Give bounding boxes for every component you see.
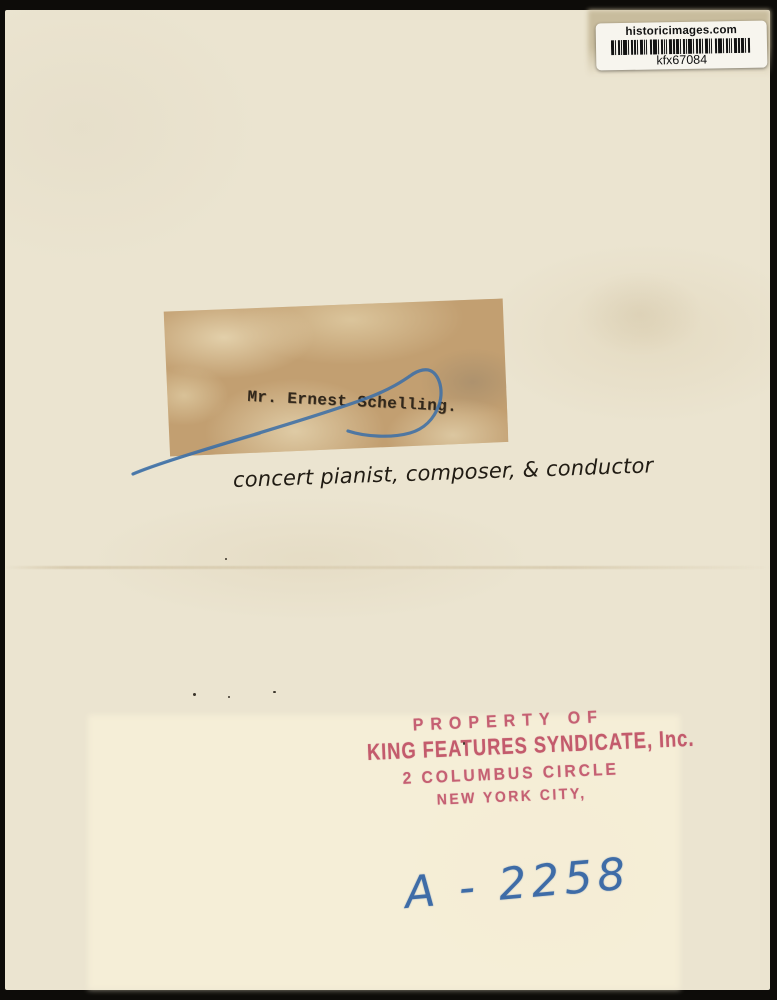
paper-sheet: historicimages.com kfx67084 Mr. Ernest S…: [5, 10, 770, 990]
handwritten-caption: concert pianist, composer, & conductor: [233, 454, 624, 492]
archive-barcode-sticker: historicimages.com kfx67084: [596, 21, 768, 71]
pasted-name-slip: Mr. Ernest Schelling.: [161, 298, 508, 456]
dust-speck: [273, 691, 276, 693]
dust-speck: [225, 558, 227, 560]
typed-name-text: Mr. Ernest Schelling.: [247, 388, 458, 416]
property-stamp: PROPERTY OF KING FEATURES SYNDICATE, Inc…: [353, 706, 667, 810]
dust-speck: [463, 742, 465, 745]
dust-speck: [193, 693, 196, 696]
dust-speck: [228, 696, 230, 698]
archive-code-text: kfx67084: [596, 53, 767, 69]
scanned-photo-verso: { "archive_label": { "site": "historicim…: [0, 0, 777, 1000]
crease-line: [5, 566, 770, 569]
